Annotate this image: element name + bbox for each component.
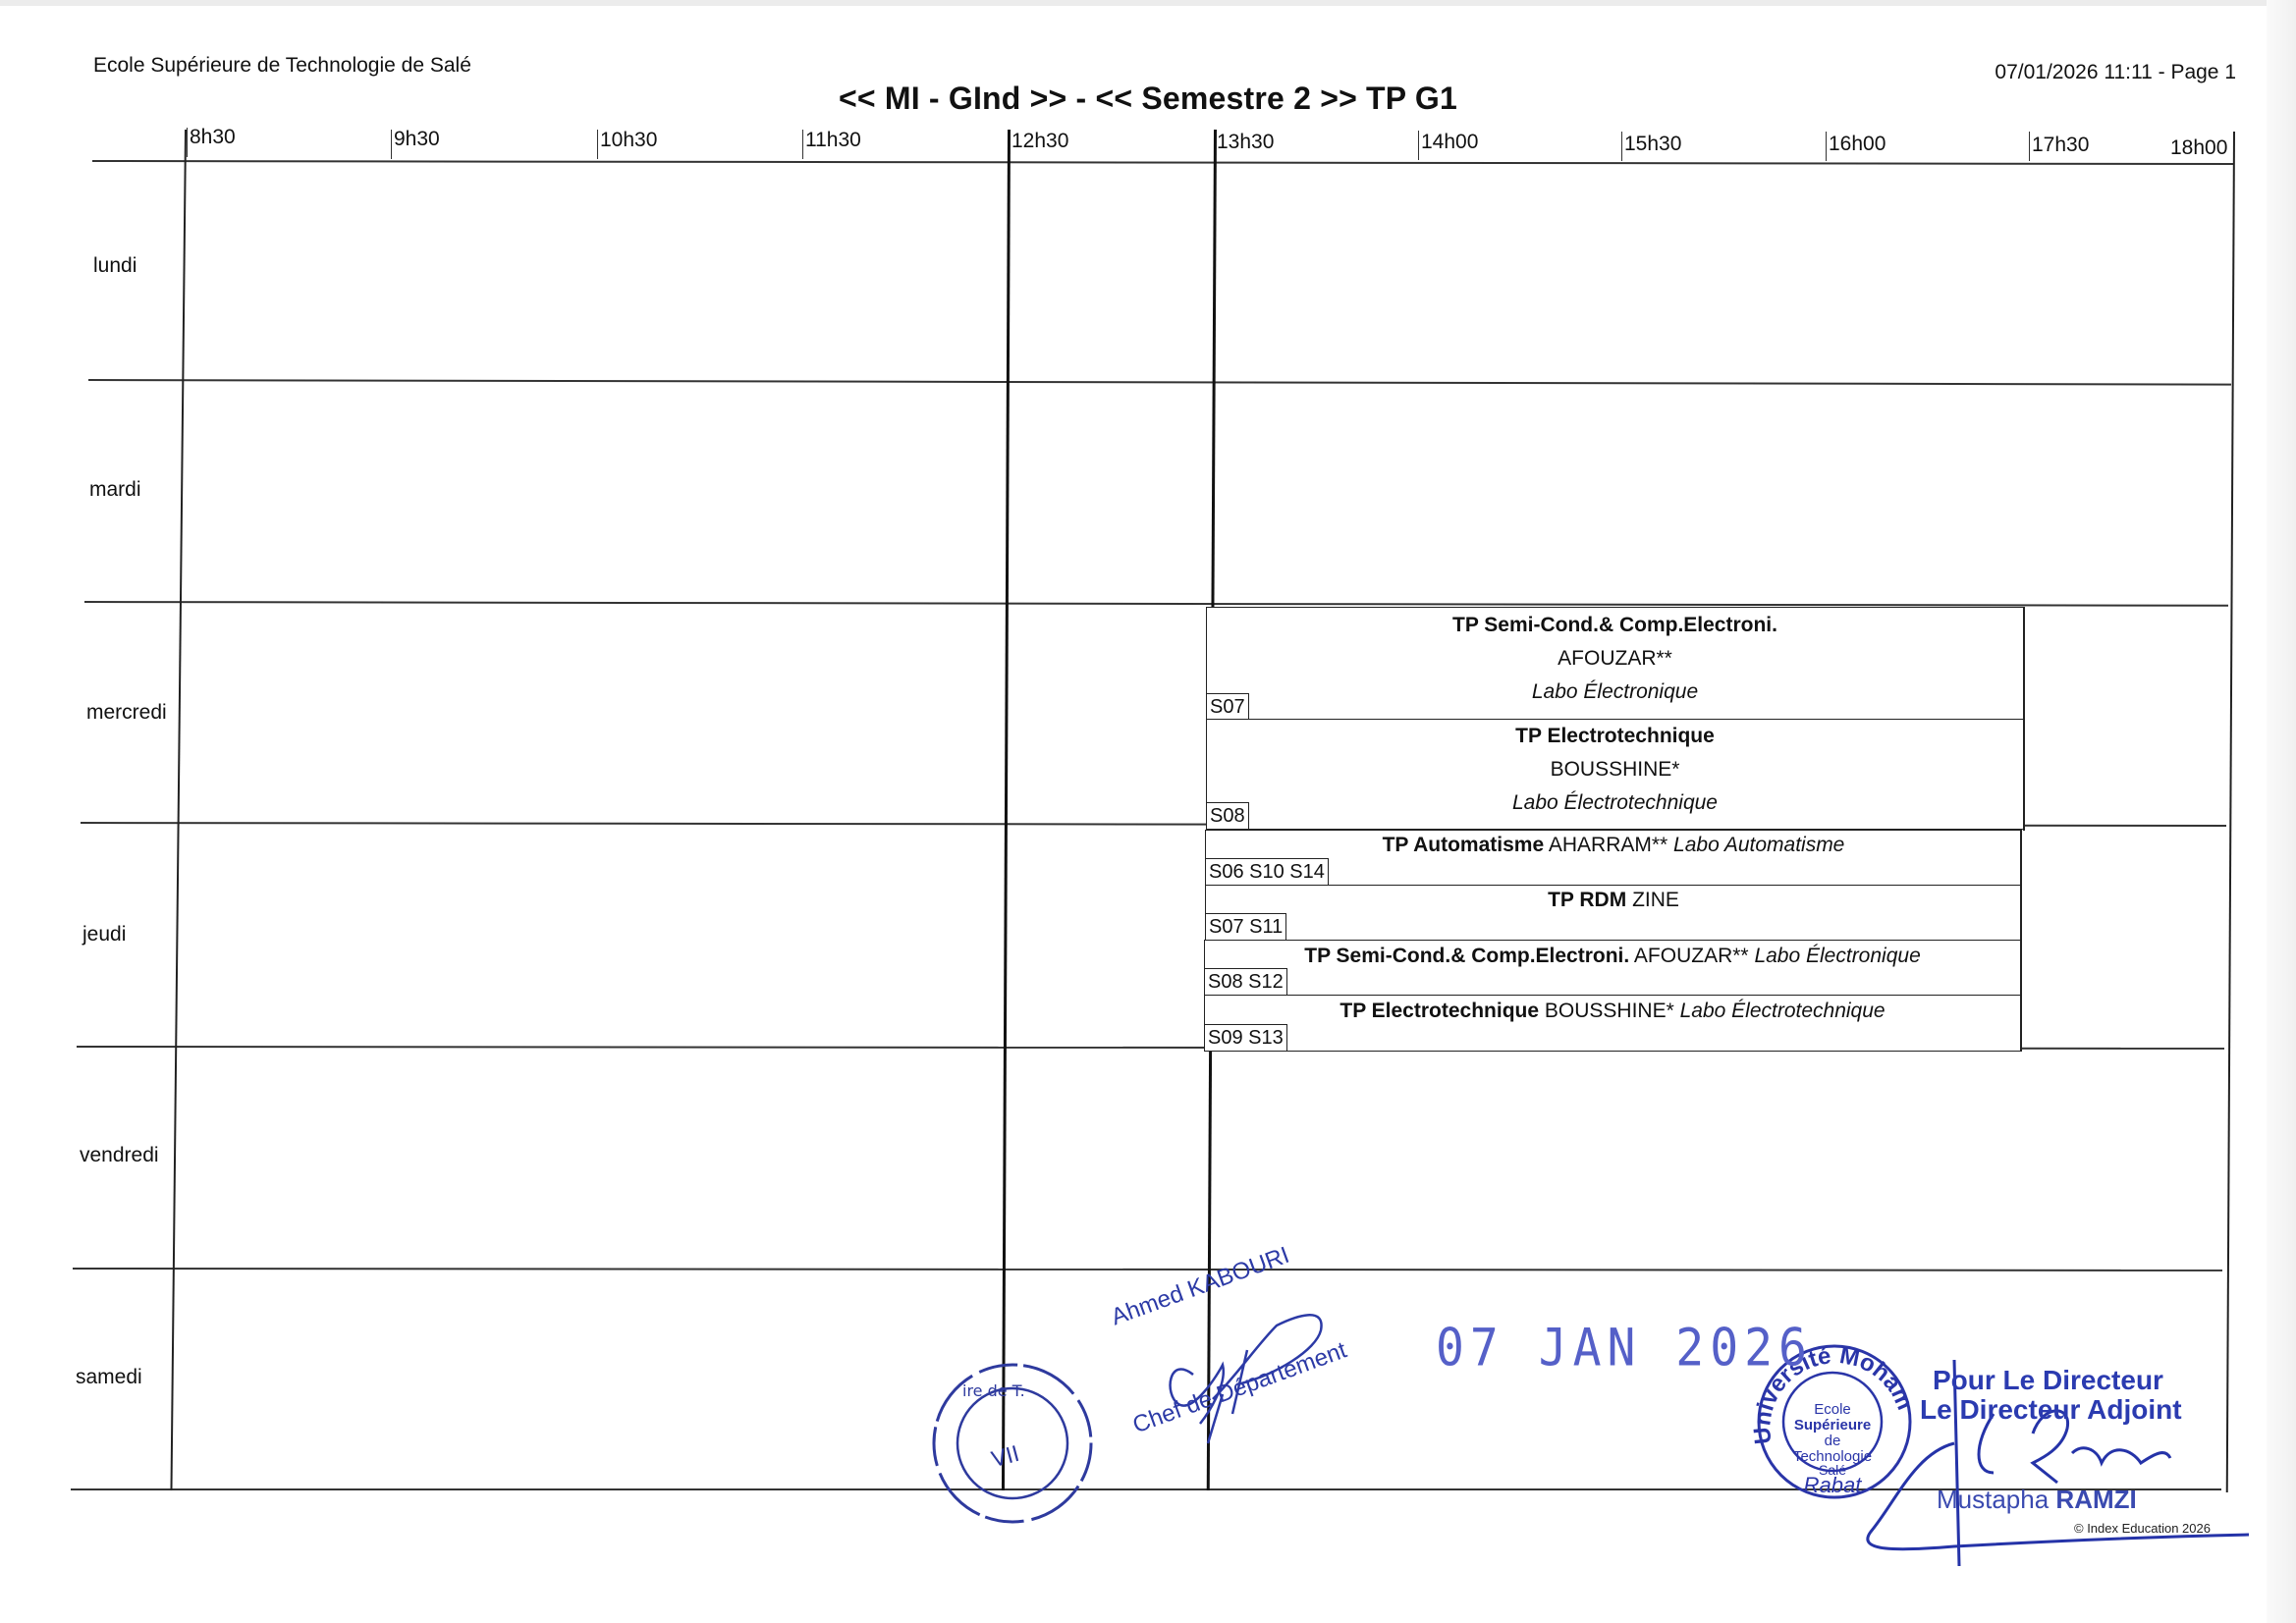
svg-text:ire de T.: ire de T.	[962, 1381, 1025, 1400]
date-stamp: 07 JAN 2026	[1436, 1318, 1813, 1379]
director-first-name: Mustapha	[1937, 1485, 2049, 1514]
round-stamp-left: ire de T. VII	[934, 1365, 1091, 1522]
copyright: © Index Education 2026	[2074, 1521, 2211, 1536]
svg-text:Salé: Salé	[1819, 1462, 1846, 1478]
director-line-1: Pour Le Directeur	[1933, 1365, 2163, 1396]
university-stamp: Université Mohammed V Rabat Ecole Supéri…	[0, 0, 1918, 1497]
director-line-2: Le Directeur Adjoint	[1920, 1394, 2182, 1426]
director-name: Mustapha RAMZI	[1937, 1485, 2137, 1515]
svg-text:Supérieure: Supérieure	[1794, 1417, 1871, 1434]
director-last-name: RAMZI	[2055, 1485, 2136, 1514]
svg-text:Université Mohammed V: Université Mohammed V	[0, 0, 1918, 1445]
svg-text:VII: VII	[989, 1442, 1022, 1473]
svg-text:de: de	[1825, 1433, 1841, 1449]
svg-text:Ecole: Ecole	[1814, 1401, 1851, 1418]
